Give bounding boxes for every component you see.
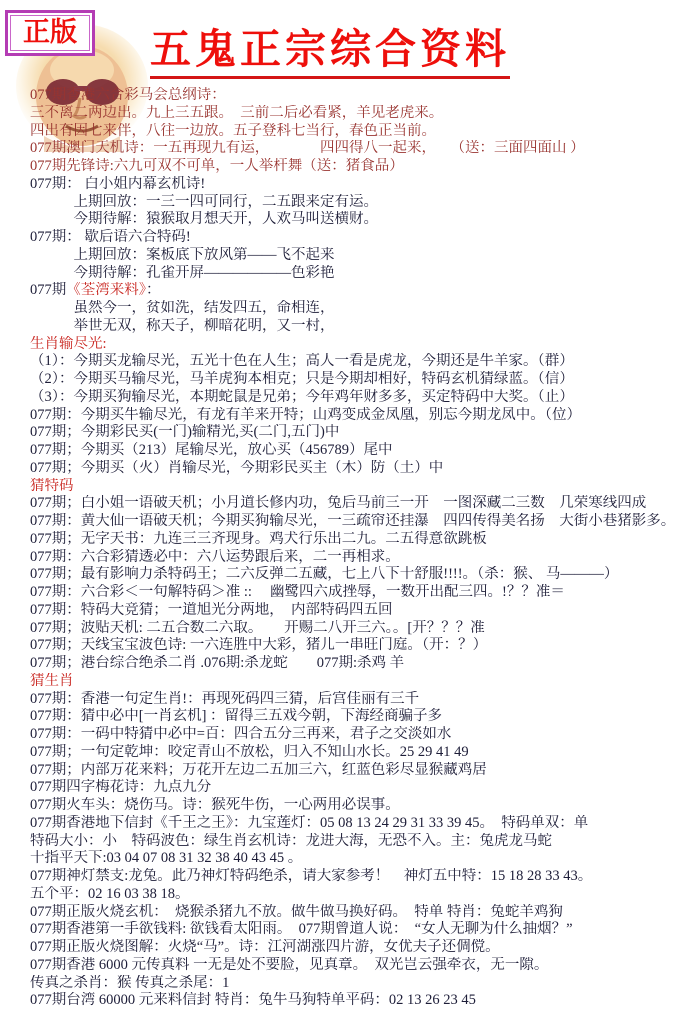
text-line: 077期正版火烧玄机： 烧猴杀猪九不放。做牛做马换好码。 特单 特肖：兔蛇羊鸡狗 (30, 904, 698, 922)
text-line: 077期；白小姐一语破天机；小月道长修内功，兔后马前三一开 一图深藏二三数 几荣… (30, 495, 698, 513)
text-line: 077期；今期买（213）尾输尽光，放心买（456789）尾中 (30, 442, 698, 460)
text-line: 077期：六合彩猜透必中：六八运势跟后来，二一再相求。 (30, 549, 698, 567)
text-line: 077期香港第一手欲钱料: 欲钱看太阳雨。 077期曾道人说： “女人无聊为什么… (30, 921, 698, 939)
text-line: 传真之杀肖：猴 传真之杀尾：1 (30, 975, 698, 993)
text-line: 十指平天下:03 04 07 08 31 32 38 40 43 45 。 (30, 850, 698, 868)
text-line: （2）：今期买马输尽光，马羊虎狗本相克；只是今期却相好，特码玄机猜绿蓝。（信） (30, 371, 698, 389)
text-line: 今期待解：孔雀开屏——————色彩艳 (30, 265, 698, 283)
text-line: （1）：今期买龙输尽光，五光十色在人生；高人一看是虎龙，今期还是牛羊家。（群） (30, 353, 698, 371)
text-line: 077期火车头：烧伤马。诗：猴死牛伤，一心两用必误事。 (30, 797, 698, 815)
text-lines: 077期香港六合彩马会总纲诗：三不离二两边出。九上三五跟。 三前二后必看紧，羊见… (0, 87, 698, 1010)
text-line: 猜特码 (30, 478, 698, 496)
authentic-badge: 正版 (5, 10, 95, 56)
text-line: 077期：猜中必中[一肖玄机] ：留得三五戏今朝，下海经商骗子多 (30, 708, 698, 726)
text-line: 077期；无字天书：九连三三齐现身。鸡犬行乐出二九。二五得意欲跳板 (30, 531, 698, 549)
text-line: 077期：六合彩＜一句解特码＞准 :: 幽鹭四六成挫辱，一数开出配三四。!？？准… (30, 584, 698, 602)
text-line: 077期：一码中特猜中必中=百：四合五分三再来，君子之交淡如水 (30, 726, 698, 744)
text-line: 077期；天线宝宝波色诗: 一六连胜中大彩，猪儿一串旺门庭。（开：？） (30, 637, 698, 655)
text-line: 五个平：02 16 03 38 18。 (30, 886, 698, 904)
text-line: 077期；港台综合绝杀二肖 .076期:杀龙蛇 077期:杀鸡 羊 (30, 655, 698, 673)
text-line: 077期先锋诗:六九可双不可单，一人举杆舞（送：猪食品） (30, 158, 698, 176)
document-header: 正版 五鬼正宗综合资料 (0, 0, 698, 87)
text-line: 举世无双，称天子，柳暗花明，又一村， (30, 318, 698, 336)
text-line: 生肖输尽光: (30, 336, 698, 354)
text-line: 077期神灯禁支:龙兔。此乃神灯特码绝杀，请大家参考！ 神灯五中特：15 18 … (30, 868, 698, 886)
text-line: 077期： 白小姐内幕玄机诗! (30, 176, 698, 194)
text-line: 猜生肖 (30, 673, 698, 691)
text-line: 077期澳门天机诗：一五再现九有运， 四四得八一起来， （送：三面四面山 ） (30, 140, 698, 158)
text-line: 虽然今一，贫如洗，结发四五，命相连， (30, 300, 698, 318)
text-line: 077期；今期彩民买(一门)输精光,买(二门,五门)中 (30, 424, 698, 442)
text-line: 今期待解：猿猴取月想天开，人欢马叫送横财。 (30, 211, 698, 229)
text-line: 四出有因七来伴，八往一边放。五子登科七当行，春色正当前。 (30, 123, 698, 141)
text-line: 特码大小：小 特码波色：绿生肖玄机诗：龙进大海，无恐不入。主：兔虎龙马蛇 (30, 833, 698, 851)
document-page: 正版 五鬼正宗综合资料 077期香港六合彩马会总纲诗：三不离二两边出。九上三五跟… (0, 0, 698, 1012)
text-line: 077期：今期买牛输尽光，有龙有羊来开特；山鸡变成金凤凰，别忘今期龙凤中。（位） (30, 407, 698, 425)
text-line: 077期：特码大竞猜；一道旭光分两地， 内部特码四五回 (30, 602, 698, 620)
text-line: 077期：香港一句定生肖!：再现死码四三猜，后宫佳丽有三千 (30, 691, 698, 709)
text-line: 077期： 歇后语六合特码! (30, 229, 698, 247)
page-title: 五鬼正宗综合资料 (150, 16, 510, 79)
text-line: 077期；一句定乾坤：咬定青山不放松，归入不知山水长。25 29 41 49 (30, 744, 698, 762)
text-line: 077期台湾 60000 元来料信封 特肖：兔牛马狗特单平码：02 13 26 … (30, 992, 698, 1010)
text-line: 上期回放：一三一四可同行，二五跟来定有运。 (30, 194, 698, 212)
text-line: 上期回放：案板底下放风第——飞不起来 (30, 247, 698, 265)
text-line: 077期；波贴天机: 二五合数二六取。 开赐二八开三六。。[开？？？准 (30, 620, 698, 638)
text-line: 077期正版火烧图解：火烧“马”。诗：江河湖涨四片游，女优夫子还倜傥。 (30, 939, 698, 957)
text-line: （3）：今期买狗输尽光，本期蛇鼠是兄弟；今年鸡年财多多，买定特码中大奖。（止） (30, 389, 698, 407)
text-line: 077期香港 6000 元传真料 一无是处不要脸，见真章。 双光岂云强牵衣，无一… (30, 957, 698, 975)
text-line: 077期；今期买（火）肖输尽光，今期彩民买主（木）防（土）中 (30, 460, 698, 478)
text-line: 077期《荃湾来料》： (30, 282, 698, 300)
authentic-badge-label: 正版 (10, 15, 90, 51)
text-line: 三不离二两边出。九上三五跟。 三前二后必看紧，羊见老虎来。 (30, 105, 698, 123)
text-line: 077期；最有影响力杀特码王；二六反弹二五藏，七上八下十舒服!!!!。（杀：猴、… (30, 566, 698, 584)
text-line: 077期香港地下信封《千王之王》：九宝莲灯：05 08 13 24 29 31 … (30, 815, 698, 833)
text-line: 077期香港六合彩马会总纲诗： (30, 87, 698, 105)
text-line: 077期四字梅花诗：九点九分 (30, 779, 698, 797)
text-line: 077期；内部万花来料；万花开左边二五加三六，红蓝色彩尽显猴藏鸡居 (30, 762, 698, 780)
text-line: 077期：黄大仙一语破天机；今期买狗输尽光，一三疏帘还挂瀑 四四传得美名扬 大街… (30, 513, 698, 531)
